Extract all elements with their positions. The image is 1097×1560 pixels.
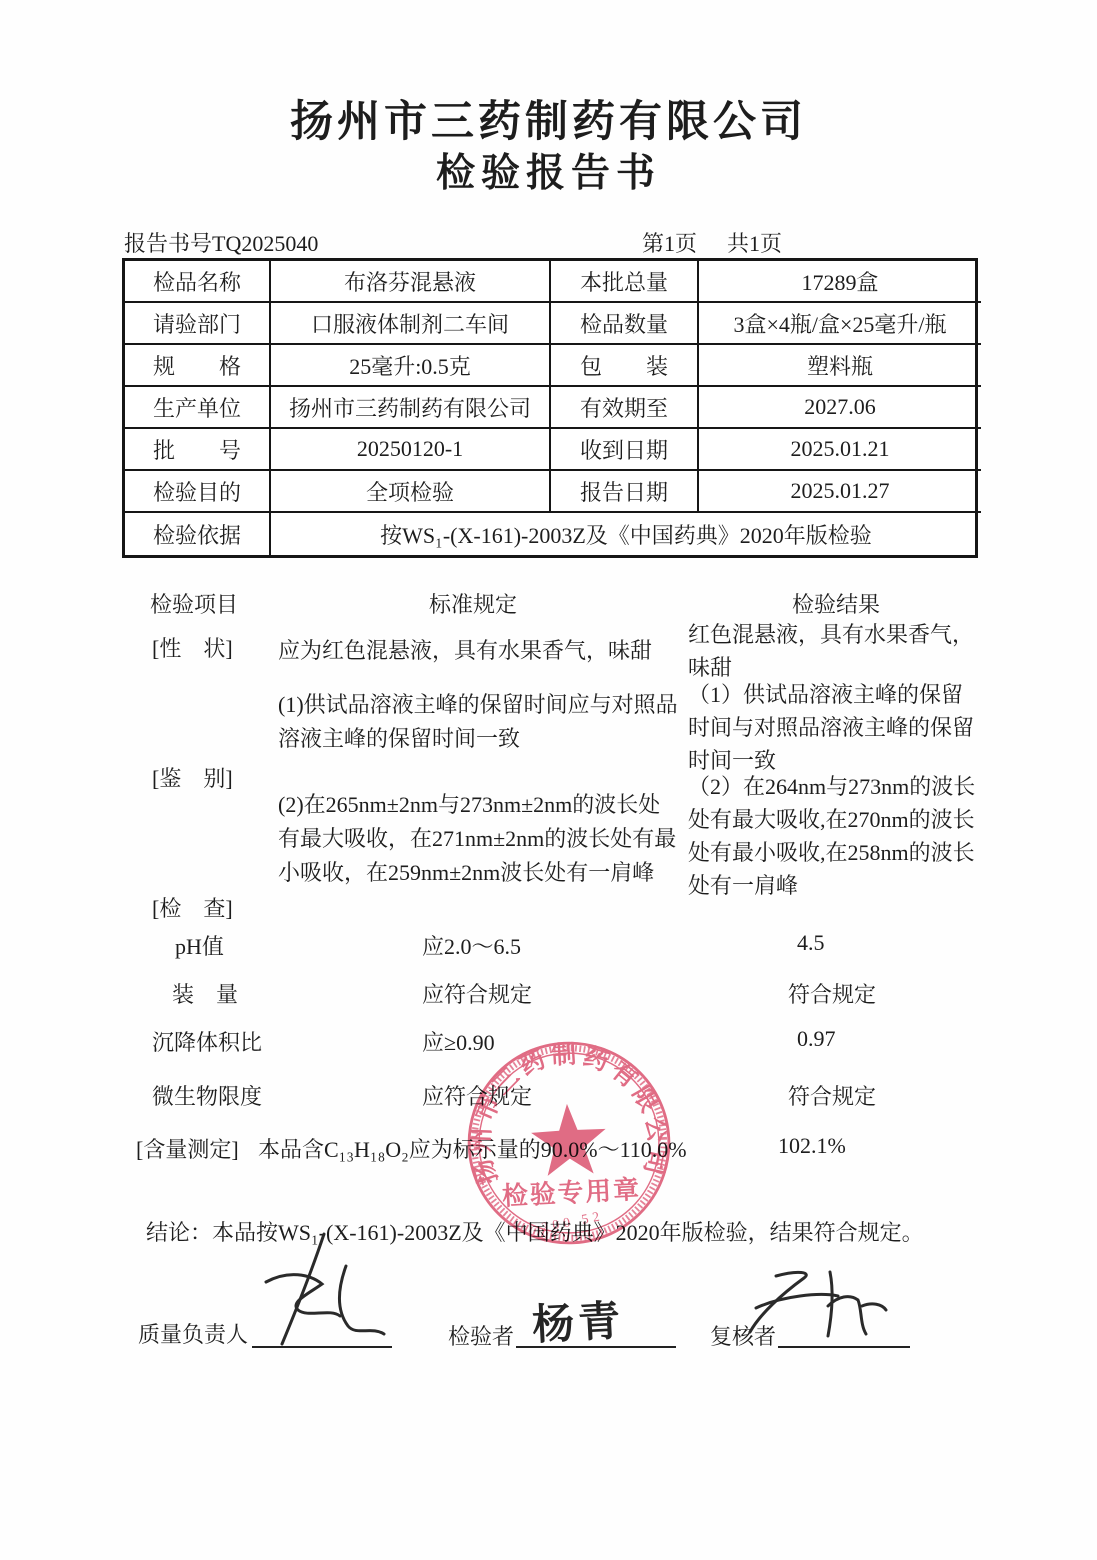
table-label: 检品名称 <box>125 261 271 303</box>
identification-2-result: （2）在264nm与273nm的波长处有最大吸收,在270nm的波长处有最小吸收… <box>688 770 980 902</box>
table-label: 收到日期 <box>551 429 699 471</box>
page-total: 共1页 <box>727 227 782 258</box>
table-label: 有效期至 <box>551 387 699 429</box>
table-value: 塑料瓶 <box>699 345 981 387</box>
ph-name: pH值 <box>175 930 224 961</box>
section-assay-label: [含量测定] <box>136 1133 239 1164</box>
table-value: 25毫升:0.5克 <box>271 345 551 387</box>
report-page: 扬州市三药制药有限公司 检验报告书 报告书号TQ2025040 第1页 共1页 … <box>0 0 1097 1560</box>
table-label: 批 号 <box>125 429 271 471</box>
header-standard: 标准规定 <box>272 588 674 619</box>
appearance-standard: 应为红色混悬液，具有水果香气，味甜 <box>278 634 680 668</box>
reviewer-signature-line <box>778 1346 910 1348</box>
table-label: 请验部门 <box>125 303 271 345</box>
appearance-result: 红色混悬液，具有水果香气，味甜 <box>688 618 980 684</box>
fill-volume-name: 装 量 <box>172 978 238 1009</box>
table-label: 检验目的 <box>125 471 271 513</box>
table-label: 检品数量 <box>551 303 699 345</box>
table-value-basis: 按WS₁-(X-161)-2003Z及《中国药典》2020年版检验 <box>271 513 981 555</box>
header-result: 检验结果 <box>690 588 982 619</box>
page-current: 第1页 <box>642 227 697 258</box>
sedimentation-result: 0.97 <box>797 1026 836 1052</box>
table-value: 布洛芬混悬液 <box>271 261 551 303</box>
quality-manager-label: 质量负责人 <box>138 1318 248 1349</box>
report-number: 报告书号TQ2025040 <box>124 227 318 258</box>
ph-result: 4.5 <box>797 930 825 956</box>
section-inspection-label: [检 查] <box>152 892 233 923</box>
table-label: 包 装 <box>551 345 699 387</box>
sedimentation-name: 沉降体积比 <box>152 1026 262 1057</box>
section-identification-label: [鉴 别] <box>152 762 233 793</box>
reviewer-label: 复核者 <box>710 1320 776 1351</box>
table-label: 本批总量 <box>551 261 699 303</box>
info-table: 检品名称 布洛芬混悬液 本批总量 17289盒 请验部门 口服液体制剂二车间 检… <box>122 258 978 558</box>
table-value: 2025.01.27 <box>699 471 981 513</box>
table-label: 规 格 <box>125 345 271 387</box>
table-value: 17289盒 <box>699 261 981 303</box>
identification-1-result: （1）供试品溶液主峰的保留时间与对照品溶液主峰的保留时间一致 <box>688 678 980 777</box>
header-test-item: 检验项目 <box>150 588 238 619</box>
inspector-label: 检验者 <box>448 1320 514 1351</box>
quality-manager-signature-line <box>252 1346 392 1348</box>
table-label: 生产单位 <box>125 387 271 429</box>
seal-serial: 200 52 <box>540 1208 605 1235</box>
table-value: 2025.01.21 <box>699 429 981 471</box>
fill-volume-standard: 应符合规定 <box>422 978 532 1009</box>
identification-2-standard: (2)在265nm±2nm与273nm±2nm的波长处有最大吸收，在271nm±… <box>278 788 680 890</box>
table-value: 全项检验 <box>271 471 551 513</box>
report-title: 检验报告书 <box>0 142 1097 198</box>
quality-manager-signature-scribble <box>238 1230 398 1350</box>
section-appearance-label: [性 状] <box>152 632 233 663</box>
fill-volume-result: 符合规定 <box>788 978 876 1009</box>
table-value: 2027.06 <box>699 387 981 429</box>
table-value: 扬州市三药制药有限公司 <box>271 387 551 429</box>
seal-star-icon <box>530 1102 608 1177</box>
table-value: 口服液体制剂二车间 <box>271 303 551 345</box>
table-label-basis: 检验依据 <box>125 513 271 555</box>
page-indicator: 第1页 共1页 <box>642 227 782 258</box>
microbial-result: 符合规定 <box>788 1080 876 1111</box>
company-title: 扬州市三药制药有限公司 <box>0 88 1097 149</box>
ph-standard: 应2.0～6.5 <box>422 930 521 961</box>
microbial-name: 微生物限度 <box>152 1080 262 1111</box>
table-label: 报告日期 <box>551 471 699 513</box>
inspector-signature: 杨青 <box>530 1288 625 1353</box>
company-inspection-seal: 扬州市三药制药有限公司 检验专用章 200 52 <box>457 1031 682 1256</box>
seal-caption: 检验专用章 <box>501 1174 641 1211</box>
assay-result: 102.1% <box>778 1133 846 1159</box>
identification-1-standard: (1)供试品溶液主峰的保留时间应与对照品溶液主峰的保留时间一致 <box>278 688 680 756</box>
table-value: 20250120-1 <box>271 429 551 471</box>
table-value: 3盒×4瓶/盒×25毫升/瓶 <box>699 303 981 345</box>
